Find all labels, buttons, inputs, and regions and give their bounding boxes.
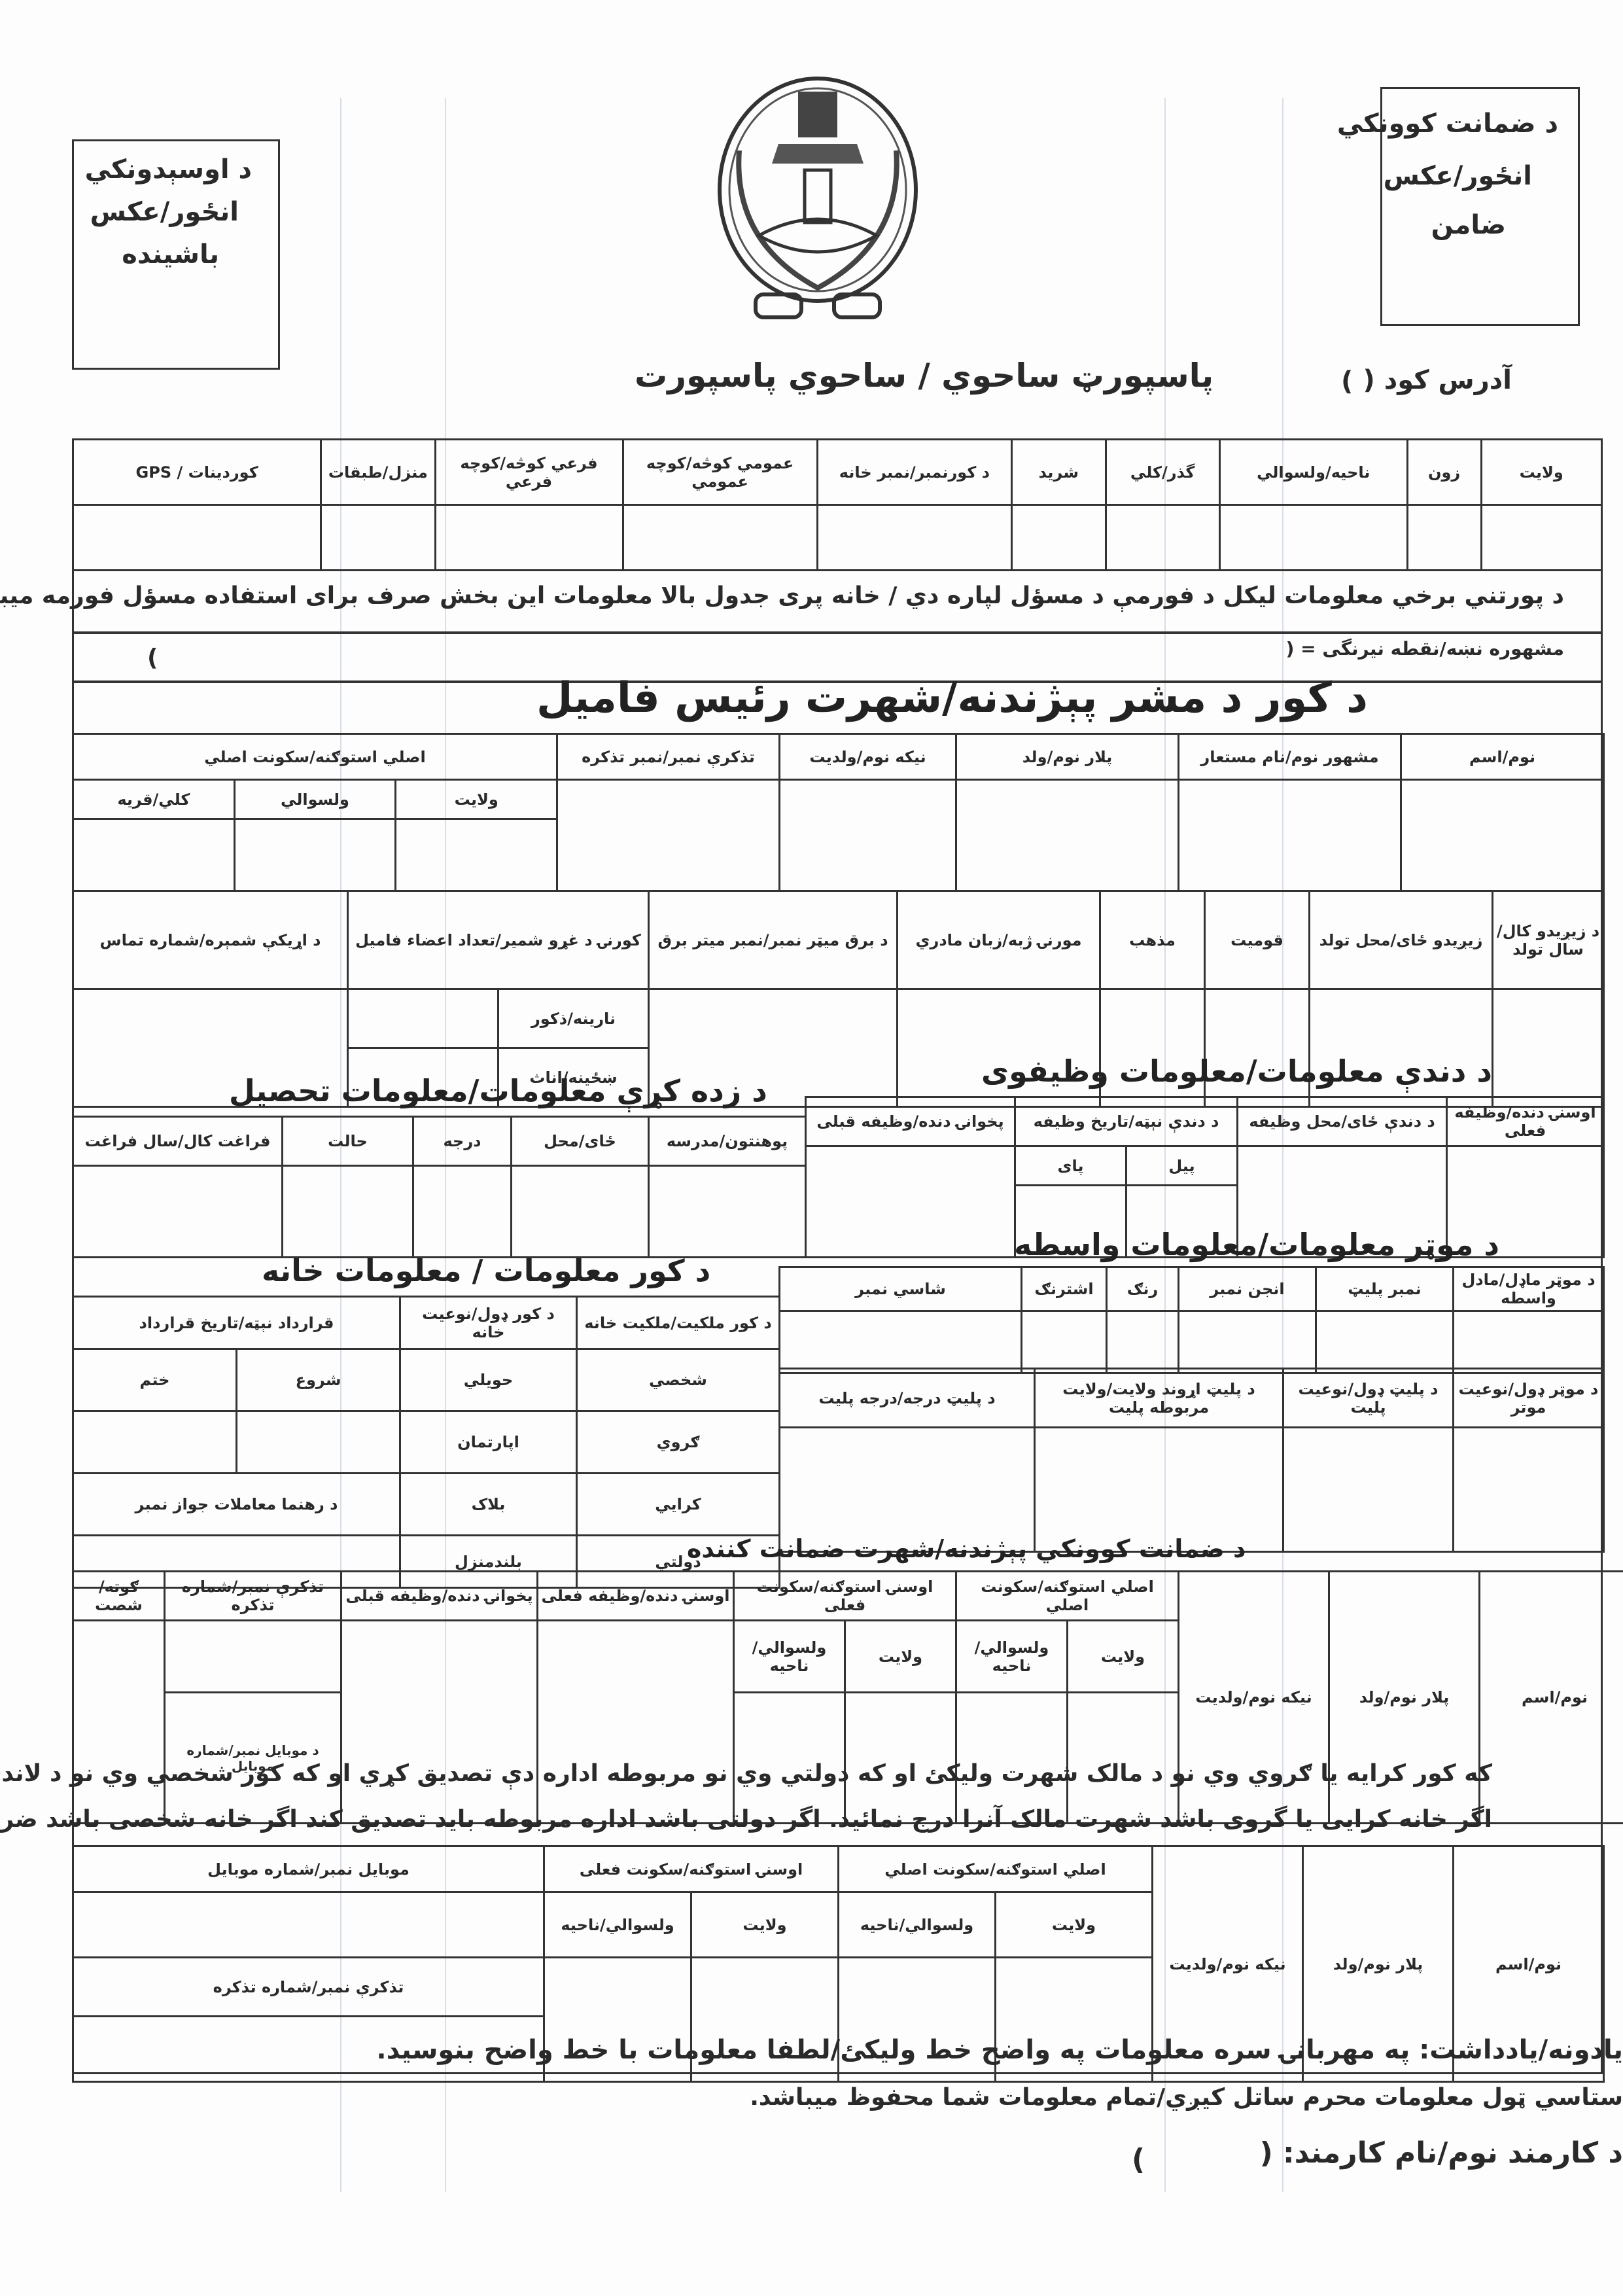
header-g-tazkira: تذکرې نمبر/شماره تذکره: [165, 1572, 341, 1621]
label-start: پیل: [1126, 1146, 1238, 1186]
guarantor-photo-label-1: د ضمانت کوونکي: [1337, 109, 1558, 139]
mother-tongue-input[interactable]: [898, 989, 1100, 1107]
g-mobile-label: د موبایل نمبر/شماره موبایل: [165, 1693, 341, 1824]
steering-input[interactable]: [1022, 1311, 1107, 1373]
g-current-job-input[interactable]: [538, 1621, 734, 1824]
university-input[interactable]: [649, 1166, 806, 1258]
job-section-title: د دندې معلومات/معلومات وظیفوی: [981, 1053, 1492, 1089]
header-status: حالت: [283, 1117, 413, 1166]
divider: [72, 631, 1603, 634]
education-section-title: د زده کړې معلومات/معلومات تحصیل: [229, 1073, 767, 1108]
g-previous-job-input[interactable]: [341, 1621, 538, 1824]
header-gps: کوردینات / GPS: [73, 440, 321, 505]
header-steering: اشترنګ: [1022, 1267, 1107, 1311]
sharid-input[interactable]: [1012, 505, 1106, 571]
header-zone: زون: [1407, 440, 1481, 505]
ethnicity-input[interactable]: [1205, 989, 1310, 1107]
g-origin-district-input[interactable]: [956, 1693, 1068, 1824]
father-name-input[interactable]: [956, 780, 1179, 891]
header-g-name: نوم/اسم: [1480, 1572, 1623, 1824]
alias-input[interactable]: [1179, 780, 1401, 891]
name-input[interactable]: [1401, 780, 1604, 891]
plate-number-input[interactable]: [1316, 1311, 1454, 1373]
gps-input[interactable]: [73, 505, 321, 571]
header-graduation-year: فراغت کال/سال فراغت: [73, 1117, 283, 1166]
officer-notice: د پورتني برخي معلومات لیکل د فورمې د مسؤ…: [0, 582, 1564, 609]
header-father-name: پلار نوم/ولد: [956, 734, 1179, 780]
sub-o-current-district: ولسوالي/ناحیه: [544, 1892, 691, 1958]
type-option-apartment[interactable]: اپارتمان: [400, 1411, 577, 1474]
plate-type-input[interactable]: [1283, 1428, 1454, 1552]
vehicle-section-title: د موټر معلومات/معلومات واسطه: [1014, 1227, 1499, 1262]
header-floors: منزل/طبقات: [321, 440, 435, 505]
passport-field-form: د اوسېدونکي انځور/عکس باشینده د ضمانت کو…: [0, 0, 1623, 2296]
ownership-option-rent[interactable]: کرایي: [577, 1474, 780, 1536]
landmark-close: ): [147, 645, 158, 671]
vehicle-table: د موټر ماډل/مادل واسطه نمبر پلیټ انجن نم…: [778, 1266, 1605, 1374]
sub-o-origin-province: ولایت: [996, 1892, 1153, 1958]
header-house-number: د کورنمبر/نمبر خانه: [817, 440, 1011, 505]
sub-o-current-province: ولایت: [691, 1892, 839, 1958]
header-ownership: د کور ملکیت/ملکیت خانه: [577, 1297, 780, 1349]
header-edu-place: ځای/محل: [512, 1117, 649, 1166]
vehicle-type-input[interactable]: [1454, 1428, 1604, 1552]
header-o-original: اصلي استوګنه/سکونت اصلي: [839, 1846, 1153, 1892]
sub-header-village: کلي/قریه: [73, 780, 235, 819]
resident-photo-label-1: د اوسېدونکي: [85, 154, 252, 185]
g-current-province-input[interactable]: [845, 1693, 956, 1824]
header-plate-number: نمبر پلیټ: [1316, 1267, 1454, 1311]
header-g-current: اوسنۍ استوګنه/سکونت فعلی: [734, 1572, 956, 1621]
tazkira-input[interactable]: [557, 780, 780, 891]
birth-year-input[interactable]: [1493, 989, 1604, 1107]
plate-province-input[interactable]: [1035, 1428, 1283, 1552]
label-contract-end: ختم: [73, 1349, 237, 1411]
header-g-original: اصلي استوګنه/سکونت اصلي: [956, 1572, 1179, 1621]
header-g-previous-job: پخوانۍ دنده/وظیفه قبلی: [341, 1572, 538, 1621]
header-color: رنګ: [1107, 1267, 1179, 1311]
o-tazkira-label: تذکرې نمبر/شماره تذکره: [73, 1958, 544, 2017]
g-current-district-input[interactable]: [734, 1693, 845, 1824]
header-grandfather-name: نیکه نوم/ولدیت: [780, 734, 956, 780]
header-o-current: اوسنۍ استوګنه/سکونت فعلی: [544, 1846, 839, 1892]
address-code-close: ): [1341, 366, 1353, 397]
header-plate-province: د پلیټ اړوند ولایت/ولایت مربوطه پلیت: [1035, 1369, 1283, 1428]
header-mother-tongue: مورنۍ ژبه/زبان مادري: [898, 891, 1100, 989]
guarantor-photo-label-3: ضامن: [1431, 210, 1506, 240]
color-input[interactable]: [1107, 1311, 1179, 1373]
header-name: نوم/اسم: [1401, 734, 1604, 780]
sub-g-current-province: ولایت: [845, 1621, 956, 1693]
guarantor-section-title: د ضمانت کوونکي پېژندنه/شهرت ضمانت کننده: [687, 1534, 1246, 1563]
landmark-input[interactable]: [98, 638, 1374, 674]
label-end: پای: [1015, 1146, 1126, 1186]
zone-input[interactable]: [1407, 505, 1481, 571]
graduation-year-input[interactable]: [73, 1166, 283, 1258]
house-section-title: د کور معلومات / معلومات خانه: [262, 1253, 710, 1288]
district-input[interactable]: [1219, 505, 1407, 571]
house-number-input[interactable]: [817, 505, 1011, 571]
guarantor-photo-box[interactable]: د ضمانت کوونکي انځور/عکس ضامن: [1380, 87, 1580, 326]
resident-photo-label-3: باشینده: [122, 239, 219, 270]
header-house-type: د کور ډول/نوعیت خانه: [400, 1297, 577, 1349]
o-mobile-input[interactable]: [73, 1892, 544, 1958]
sub-g-origin-district: ولسوالي/ناحیه: [956, 1621, 1068, 1693]
main-street-input[interactable]: [623, 505, 817, 571]
degree-input[interactable]: [413, 1166, 512, 1258]
header-main-street: عمومي کوڅه/کوچه عمومي: [623, 440, 817, 505]
header-o-mobile: موبایل نمبر/شماره موبایل: [73, 1846, 544, 1892]
header-degree: درجه: [413, 1117, 512, 1166]
header-alias: مشهور نوم/نام مستعار: [1179, 734, 1401, 780]
header-contact-number: د اړیکې شمېره/شماره تماس: [73, 891, 348, 989]
header-job-date: د دندې نېټه/تاریخ وظیفه: [1015, 1097, 1238, 1146]
header-district: ناحیه/ولسوالي: [1219, 440, 1407, 505]
resident-photo-box[interactable]: د اوسېدونکي انځور/عکس باشینده: [72, 139, 280, 370]
header-plate-class: د پلیټ درجه/درجه پلیت: [780, 1369, 1035, 1428]
header-university: پوهنتون/مدرسه: [649, 1117, 806, 1166]
footer-note-2: ستاسي ټول معلومات محرم ساتل کیږي/تمام مع…: [750, 2084, 1623, 2111]
ownership-option-mortgage[interactable]: ګروي: [577, 1411, 780, 1474]
footer-note-1: یادونه/یادداشت: په مهربانۍ سره معلومات پ…: [376, 2035, 1623, 2065]
employee-name-input[interactable]: [1138, 2136, 1374, 2176]
header-chassis: شاسي نمبر: [780, 1267, 1022, 1311]
owner-note-line2: اگر خانه کرایی یا گروی باشد شهرت مالک آن…: [0, 1806, 1492, 1833]
edu-place-input[interactable]: [512, 1166, 649, 1258]
header-original-residence: اصلي استوګنه/سکونت اصلي: [73, 734, 557, 780]
type-option-hawli[interactable]: حویلي: [400, 1349, 577, 1411]
header-engine-number: انجن نمبر: [1179, 1267, 1316, 1311]
header-province: ولایت: [1481, 440, 1602, 505]
family-head-table: نوم/اسم مشهور نوم/نام مستعار پلار نوم/ول…: [72, 733, 1605, 892]
employee-name-close: ): [1132, 2143, 1145, 2176]
status-input[interactable]: [283, 1166, 413, 1258]
male-count-input[interactable]: [348, 989, 498, 1048]
header-family-members: کورنۍ د غړو شمیر/تعداد اعضاء فامیل: [348, 891, 649, 989]
engine-number-input[interactable]: [1179, 1311, 1316, 1373]
origin-village-input[interactable]: [73, 819, 235, 891]
header-electric-meter: د برق میټر نمبر/نمبر میتر برق: [649, 891, 898, 989]
side-street-input[interactable]: [435, 505, 623, 571]
type-option-block[interactable]: بلاک: [400, 1474, 577, 1536]
previous-job-input[interactable]: [806, 1146, 1015, 1258]
education-table: پوهنتون/مدرسه ځای/محل درجه حالت فراغت کا…: [72, 1116, 807, 1258]
house-table: د کور ملکیت/ملکیت خانه د کور ډول/نوعیت خ…: [72, 1296, 780, 1589]
header-previous-job: پخوانۍ دنده/وظیفه قبلی: [806, 1097, 1015, 1146]
vehicle-model-input[interactable]: [1454, 1311, 1604, 1373]
header-vehicle-model: د موټر ماډل/مادل واسطه: [1454, 1267, 1604, 1311]
header-job-place: د دندې ځای/محل وظیفه: [1238, 1097, 1447, 1146]
contract-end-input[interactable]: [73, 1411, 237, 1474]
owner-note-line1: که کور کرایه یا ګروي وي نو د مالک شهرت و…: [0, 1760, 1492, 1787]
header-sharid: شرید: [1012, 440, 1106, 505]
deed-number-label: د رهنما معاملات جواز نمبر: [73, 1474, 400, 1536]
header-g-fingerprint: ګوته/شصت: [73, 1572, 165, 1621]
header-ethnicity: قومیت: [1205, 891, 1310, 989]
emblem-icon: [693, 72, 942, 334]
vehicle-plate-table: د موټر ډول/نوعیت موتر د پلیټ ډول/نوعیت پ…: [778, 1368, 1605, 1553]
header-religion: مذهب: [1100, 891, 1205, 989]
header-g-current-job: اوسنۍ دنده/وظیفه فعلی: [538, 1572, 734, 1621]
label-contract-start: شروع: [237, 1349, 400, 1411]
contract-start-input[interactable]: [237, 1411, 400, 1474]
header-tazkira: تذکرې نمبر/نمبر تذکره: [557, 734, 780, 780]
header-birth-year: د زیږیدو کال/سال تولد: [1493, 891, 1604, 989]
sub-g-current-district: ولسوالي/ناحیه: [734, 1621, 845, 1693]
guarantor-photo-label-2: انځور/عکس: [1384, 161, 1532, 191]
province-input[interactable]: [1481, 505, 1602, 571]
grandfather-name-input[interactable]: [780, 780, 956, 891]
header-plate-type: د پلیټ ډول/نوعیت پلیت: [1283, 1369, 1454, 1428]
header-side-street: فرعي کوڅه/کوچه فرعي: [435, 440, 623, 505]
address-code-input[interactable]: [1295, 363, 1465, 396]
g-tazkira-input[interactable]: [165, 1621, 341, 1693]
birth-place-input[interactable]: [1310, 989, 1493, 1107]
header-contract-date: قرارداد نېټه/تاریخ قرارداد: [73, 1297, 400, 1349]
sub-header-province: ولایت: [396, 780, 557, 819]
religion-input[interactable]: [1100, 989, 1205, 1107]
sub-g-origin-province: ولایت: [1068, 1621, 1179, 1693]
sub-o-origin-district: ولسوالي/ناحیه: [839, 1892, 996, 1958]
header-vehicle-type: د موټر ډول/نوعیت موتر: [1454, 1369, 1604, 1428]
g-origin-province-input[interactable]: [1068, 1693, 1179, 1824]
chassis-input[interactable]: [780, 1311, 1022, 1373]
sub-header-district: ولسوالي: [234, 780, 396, 819]
family-head-title: د کور د مشر پېژندنه/شهرت رئیس فامیل: [536, 674, 1368, 722]
origin-district-input[interactable]: [234, 819, 396, 891]
ownership-option-personal[interactable]: شخصي: [577, 1349, 780, 1411]
address-table: ولایت زون ناحیه/ولسوالي گذر/کلي شرید د ک…: [72, 438, 1603, 571]
village-input[interactable]: [1106, 505, 1219, 571]
origin-province-input[interactable]: [396, 819, 557, 891]
label-male: نارینه/ذکور: [498, 989, 649, 1048]
page-title: پاسپورټ ساحوي / ساحوي پاسپورت: [635, 357, 1213, 395]
header-birth-place: زیږیدو ځای/محل تولد: [1310, 891, 1493, 989]
plate-class-input[interactable]: [780, 1428, 1035, 1552]
floors-input[interactable]: [321, 505, 435, 571]
resident-photo-label-2: انځور/عکس: [90, 197, 239, 227]
header-village: گذر/کلي: [1106, 440, 1219, 505]
header-current-job: اوسنۍ دنده/وظیفه فعلی: [1447, 1097, 1604, 1146]
g-fingerprint-input[interactable]: [73, 1621, 165, 1824]
